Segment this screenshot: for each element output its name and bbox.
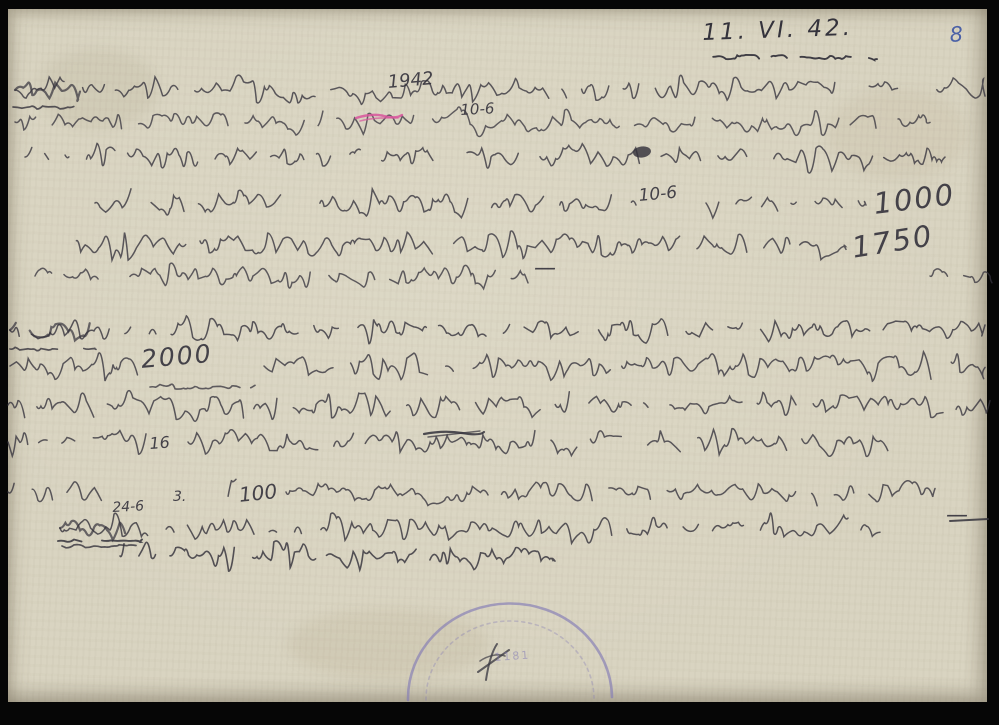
figure-1000: 1000 [872, 180, 957, 219]
figure-range-april: 10-6 [638, 185, 678, 205]
date-heading: 11. VI. 42. [702, 17, 853, 45]
figure-range-24: 24-6 [112, 499, 144, 515]
figure-2000: 2000 [140, 341, 214, 372]
figure-year-1942: 1942 [387, 70, 434, 92]
figure-3: 3. [173, 490, 186, 504]
paragraph-dash: — [946, 505, 968, 527]
legible-text-layer: 11. VI. 42. 8 1942 10-6 10-6 1000 1750 2… [0, 0, 999, 725]
figure-100: 100 [238, 481, 278, 505]
figure-range-top: 10-6 [460, 101, 495, 118]
figure-16: 16 [149, 435, 170, 452]
stamp-number: 1181 [494, 649, 531, 662]
scanned-document: 11. VI. 42. 8 1942 10-6 10-6 1000 1750 2… [0, 0, 999, 725]
page-number: 8 [949, 24, 964, 46]
paragraph-dash: — [534, 258, 556, 280]
figure-1750: 1750 [850, 221, 935, 262]
